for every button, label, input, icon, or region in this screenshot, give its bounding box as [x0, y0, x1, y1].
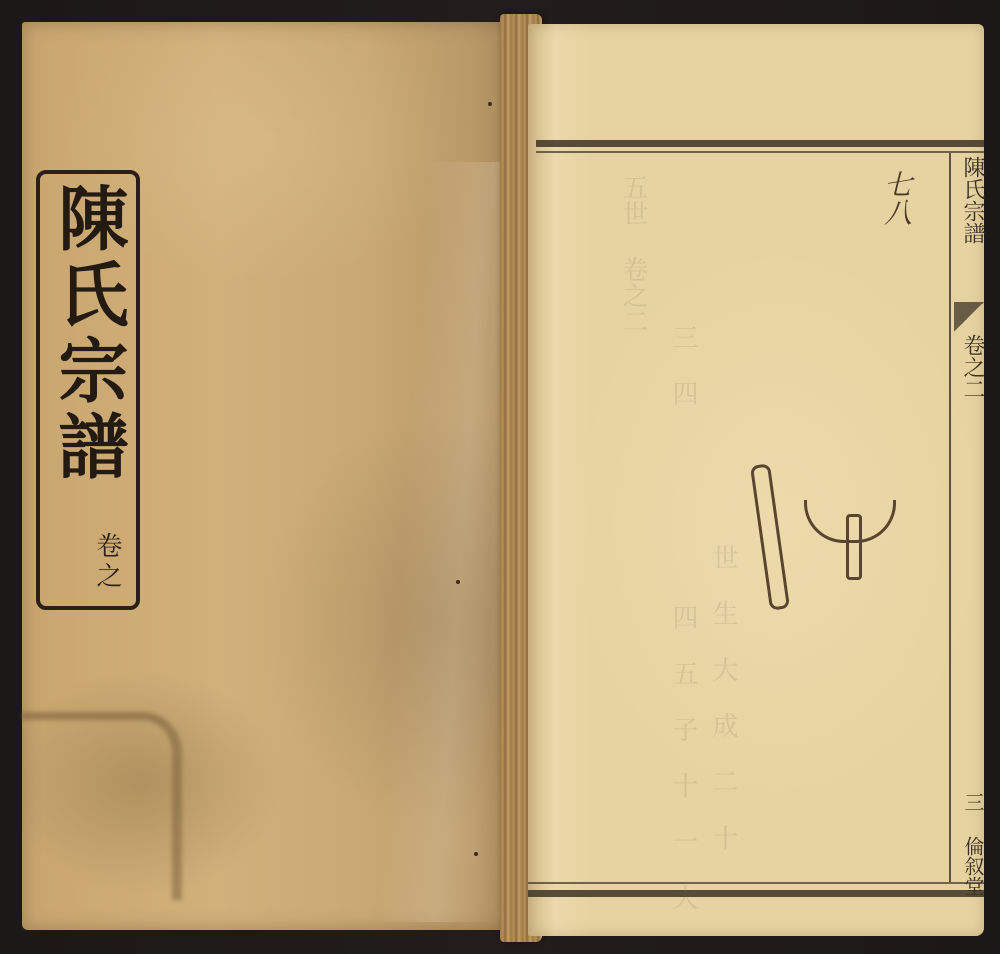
binding-hole [474, 852, 478, 856]
show-through-text: 世 生 大 成 二 十 [708, 544, 738, 850]
show-through-text: 五世 卷之二 [618, 174, 648, 334]
wormhole-damage [846, 514, 862, 580]
border-top [536, 140, 984, 147]
border-top-inner [536, 151, 984, 153]
show-through-text: 三 四 [668, 324, 698, 406]
handwritten-mark: 七八 [876, 170, 916, 226]
binding-hole [488, 102, 492, 106]
margin-volume: 卷之二 [956, 334, 986, 400]
fishtail-mark [954, 302, 984, 332]
fold-center-line [949, 153, 951, 882]
border-bottom-inner [528, 882, 984, 884]
right-page: 陳氏宗譜 卷之二 三 倫叙堂 五世 卷之二 三 四 世 生 大 成 二 十 四 … [528, 24, 984, 936]
border-bottom [528, 890, 984, 897]
cover-volume: 卷之 [89, 532, 126, 592]
water-stain [22, 712, 182, 900]
cover-title: 陳氏宗譜 [46, 182, 130, 486]
margin-title: 陳氏宗譜 [956, 156, 986, 244]
wormhole-damage [750, 463, 790, 610]
margin-hall-name: 三 倫叙堂 [956, 792, 986, 896]
show-through-text: 四 五 子 十 一 大 [668, 604, 698, 910]
book-cover: 陳氏宗譜 卷之 [22, 22, 514, 930]
binding-hole [456, 580, 460, 584]
title-label: 陳氏宗譜 卷之 [36, 170, 140, 610]
